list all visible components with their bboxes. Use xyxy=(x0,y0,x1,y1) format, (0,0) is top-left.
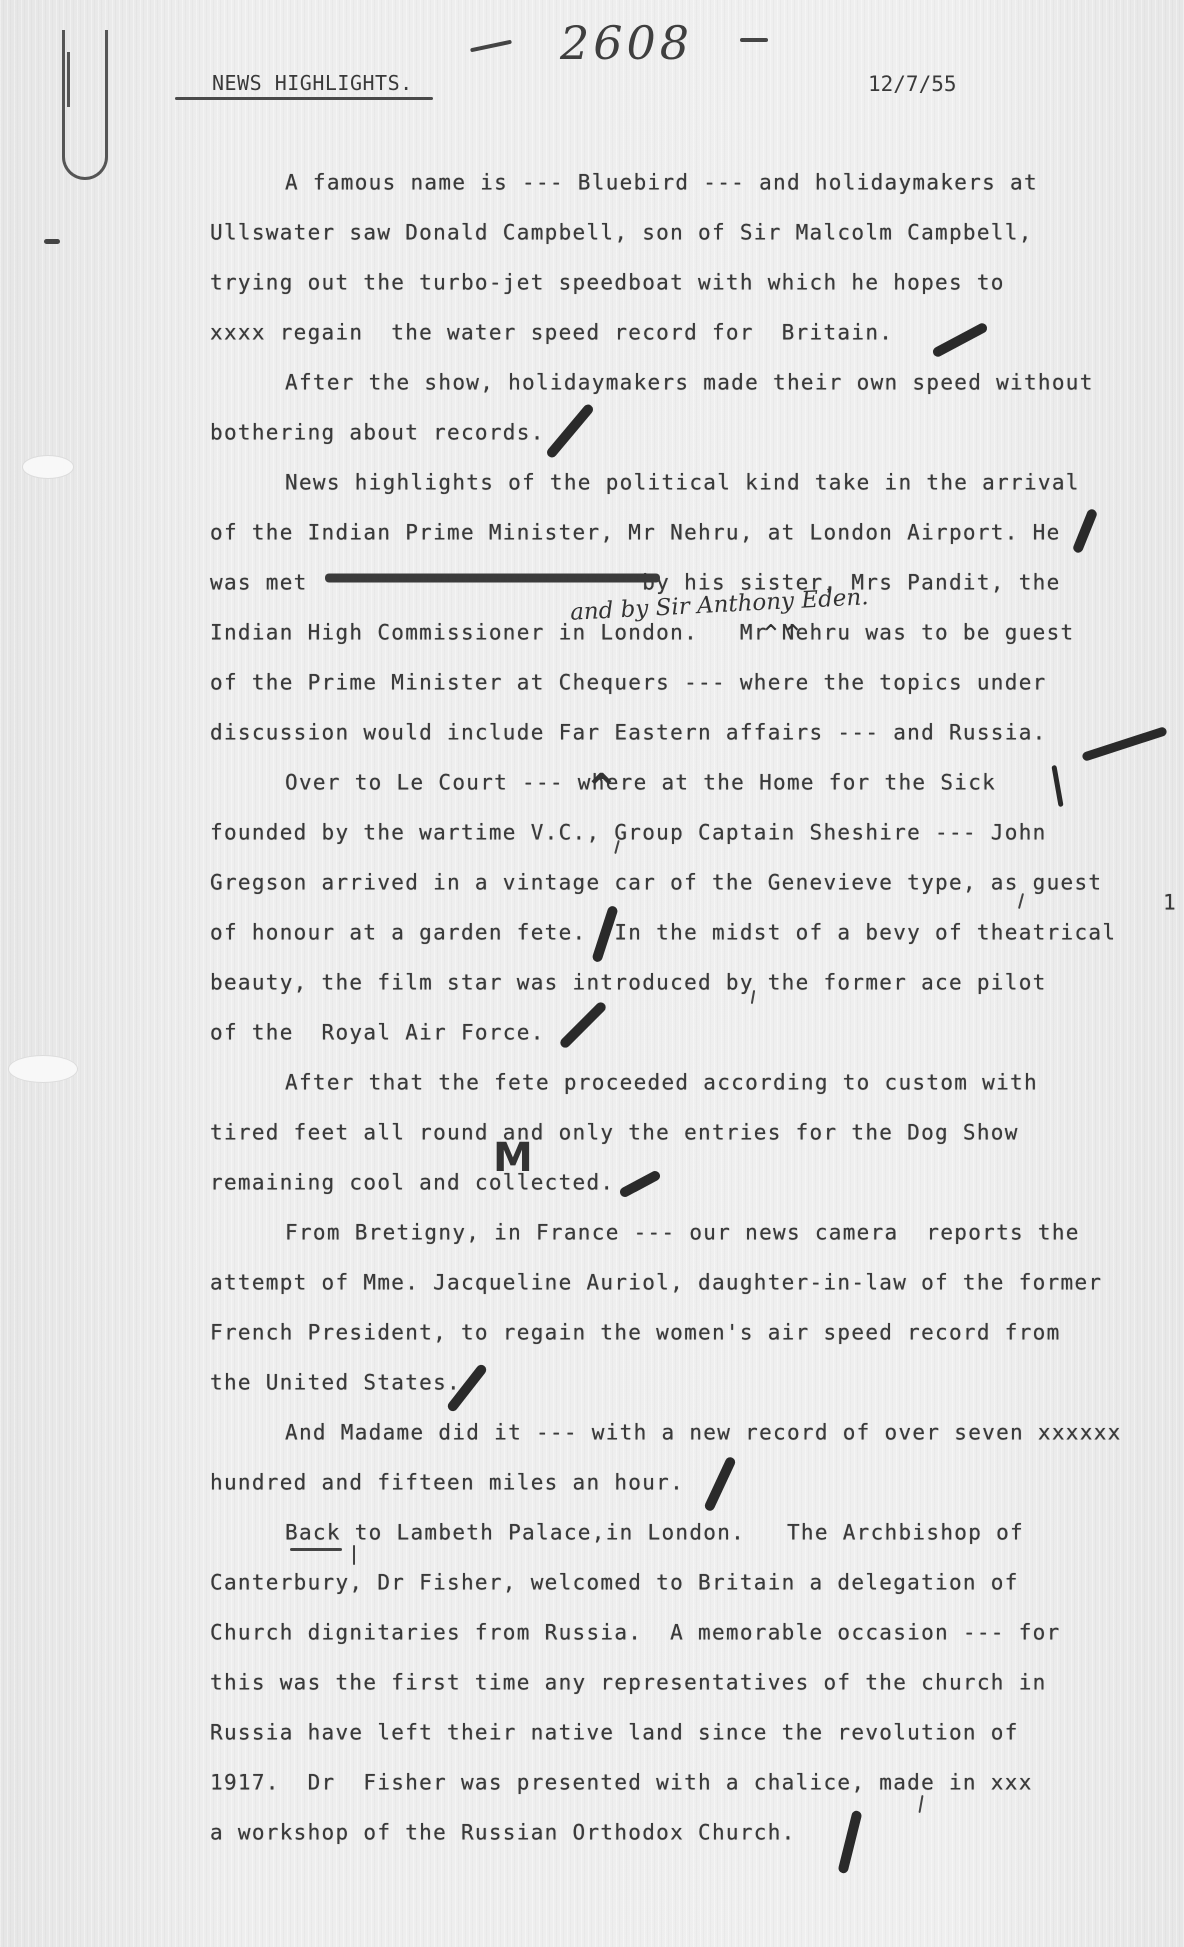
document-page: 2608 NEWS HIGHLIGHTS. 12/7/55 A famous n… xyxy=(0,0,1184,1947)
body-line: Church dignitaries from Russia. A memora… xyxy=(210,1623,1061,1644)
body-line: trying out the turbo-jet speedboat with … xyxy=(210,273,1005,294)
body-line: After the show, holidaymakers made their… xyxy=(285,373,1094,394)
edit-tick-mark xyxy=(1051,765,1063,807)
body-line: hundred and fifteen miles an hour. xyxy=(210,1473,684,1494)
body-line: discussion would include Far Eastern aff… xyxy=(210,723,1047,744)
body-line: News highlights of the political kind ta… xyxy=(285,473,1080,494)
body-line: of honour at a garden fete. In the midst… xyxy=(210,923,1116,944)
margin-mark xyxy=(44,239,60,244)
edit-tick-mark xyxy=(703,1456,737,1513)
paper-clip-inner-wire xyxy=(67,52,70,107)
document-date: 12/7/55 xyxy=(868,72,957,96)
pen-underline xyxy=(290,1548,342,1551)
body-line: Ullswater saw Donald Campbell, son of Si… xyxy=(210,223,1033,244)
handwritten-dash-left xyxy=(470,40,512,53)
insertion-caret: ⌃ xyxy=(583,765,620,816)
body-line: founded by the wartime V.C., Group Capta… xyxy=(210,823,1047,844)
edit-tick-mark xyxy=(837,1810,862,1875)
body-line: From Bretigny, in France --- our news ca… xyxy=(285,1223,1080,1244)
body-line: Over to Le Court --- where at the Home f… xyxy=(285,773,996,794)
edit-tick-mark xyxy=(618,1169,662,1198)
edit-tick-mark xyxy=(931,322,989,359)
insertion-caret: ⌃⌃ xyxy=(760,620,804,650)
body-line: French President, to regain the women's … xyxy=(210,1323,1061,1344)
body-line: of the Indian Prime Minister, Mr Nehru, … xyxy=(210,523,1061,544)
edit-tick-mark xyxy=(545,403,595,460)
paper-blemish xyxy=(8,1055,78,1083)
body-line: Canterbury, Dr Fisher, welcomed to Brita… xyxy=(210,1573,1019,1594)
handwritten-page-number: 2608 xyxy=(560,16,693,70)
struck-out-text xyxy=(325,574,660,583)
body-line: the United States. xyxy=(210,1373,461,1394)
margin-note: 1 xyxy=(1163,893,1177,914)
body-line: remaining cool and collected. xyxy=(210,1173,614,1194)
body-line: A famous name is --- Bluebird --- and ho… xyxy=(285,173,1038,194)
pen-comma xyxy=(918,1795,923,1813)
body-line: of the Royal Air Force. xyxy=(210,1023,545,1044)
pen-comma xyxy=(1018,893,1024,909)
body-line: 1917. Dr Fisher was presented with a cha… xyxy=(210,1773,1033,1794)
body-line: And Madame did it --- with a new record … xyxy=(285,1423,1122,1444)
body-line: Gregson arrived in a vintage car of the … xyxy=(210,873,1102,894)
body-line: beauty, the film star was introduced by … xyxy=(210,973,1047,994)
body-line: xxxx regain the water speed record for B… xyxy=(210,323,893,344)
body-line: Back to Lambeth Palace,in London. The Ar… xyxy=(285,1523,1024,1544)
body-line: After that the fete proceeded according … xyxy=(285,1073,1038,1094)
body-line: a workshop of the Russian Orthodox Churc… xyxy=(210,1823,796,1844)
edit-tick-mark xyxy=(558,1000,607,1049)
edit-tick-mark xyxy=(1081,726,1167,762)
body-line: bothering about records. xyxy=(210,423,545,444)
body-line: attempt of Mme. Jacqueline Auriol, daugh… xyxy=(210,1273,1102,1294)
body-line: this was the first time any representati… xyxy=(210,1673,1047,1694)
edit-tick-mark xyxy=(1072,508,1099,554)
pen-comma xyxy=(353,1545,355,1565)
handwritten-dash-right xyxy=(740,38,768,42)
body-line: Indian High Commissioner in London. Mr N… xyxy=(210,623,1074,644)
title-underline xyxy=(175,97,433,100)
paper-blemish xyxy=(22,455,74,479)
document-title: NEWS HIGHLIGHTS. xyxy=(212,71,413,95)
body-line: tired feet all round and only the entrie… xyxy=(210,1123,1019,1144)
body-line: of the Prime Minister at Chequers --- wh… xyxy=(210,673,1047,694)
body-line: Russia have left their native land since… xyxy=(210,1723,1019,1744)
insertion-caret: M xyxy=(493,1135,533,1181)
